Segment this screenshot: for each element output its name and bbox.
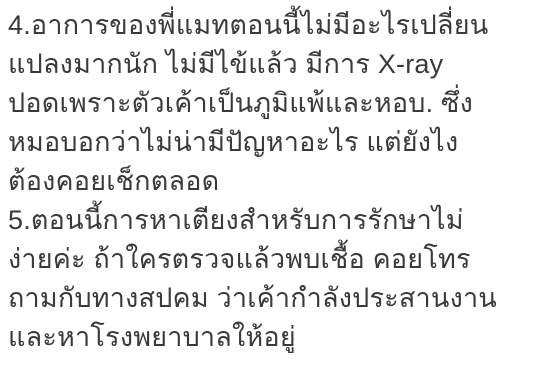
text-line: 5.ตอนนี้การหาเตียงสำหรับการรักษาไม่ xyxy=(8,201,543,240)
text-line: ต้องคอยเช็กตลอด xyxy=(8,162,543,201)
text-line: 4.อาการของพี่แมทตอนนี้ไม่มีอะไรเปลี่ยน xyxy=(8,6,543,45)
text-line: และหาโรงพยาบาลให้อยู่ xyxy=(8,318,543,357)
text-line: ปอดเพราะตัวเค้าเป็นภูมิแพ้และหอบ. ซึ่ง xyxy=(8,84,543,123)
text-block: 4.อาการของพี่แมทตอนนี้ไม่มีอะไรเปลี่ยน แ… xyxy=(0,0,549,357)
text-line: หมอบอกว่าไม่น่ามีปัญหาอะไร แต่ยังไง xyxy=(8,123,543,162)
text-line: แปลงมากนัก ไม่มีไข้แล้ว มีการ X-ray xyxy=(8,45,543,84)
text-line: ถามกับทางสปคม ว่าเค้ากำลังประสานงาน xyxy=(8,279,543,318)
text-line: ง่ายค่ะ ถ้าใครตรวจแล้วพบเชื้อ คอยโทร xyxy=(8,240,543,279)
